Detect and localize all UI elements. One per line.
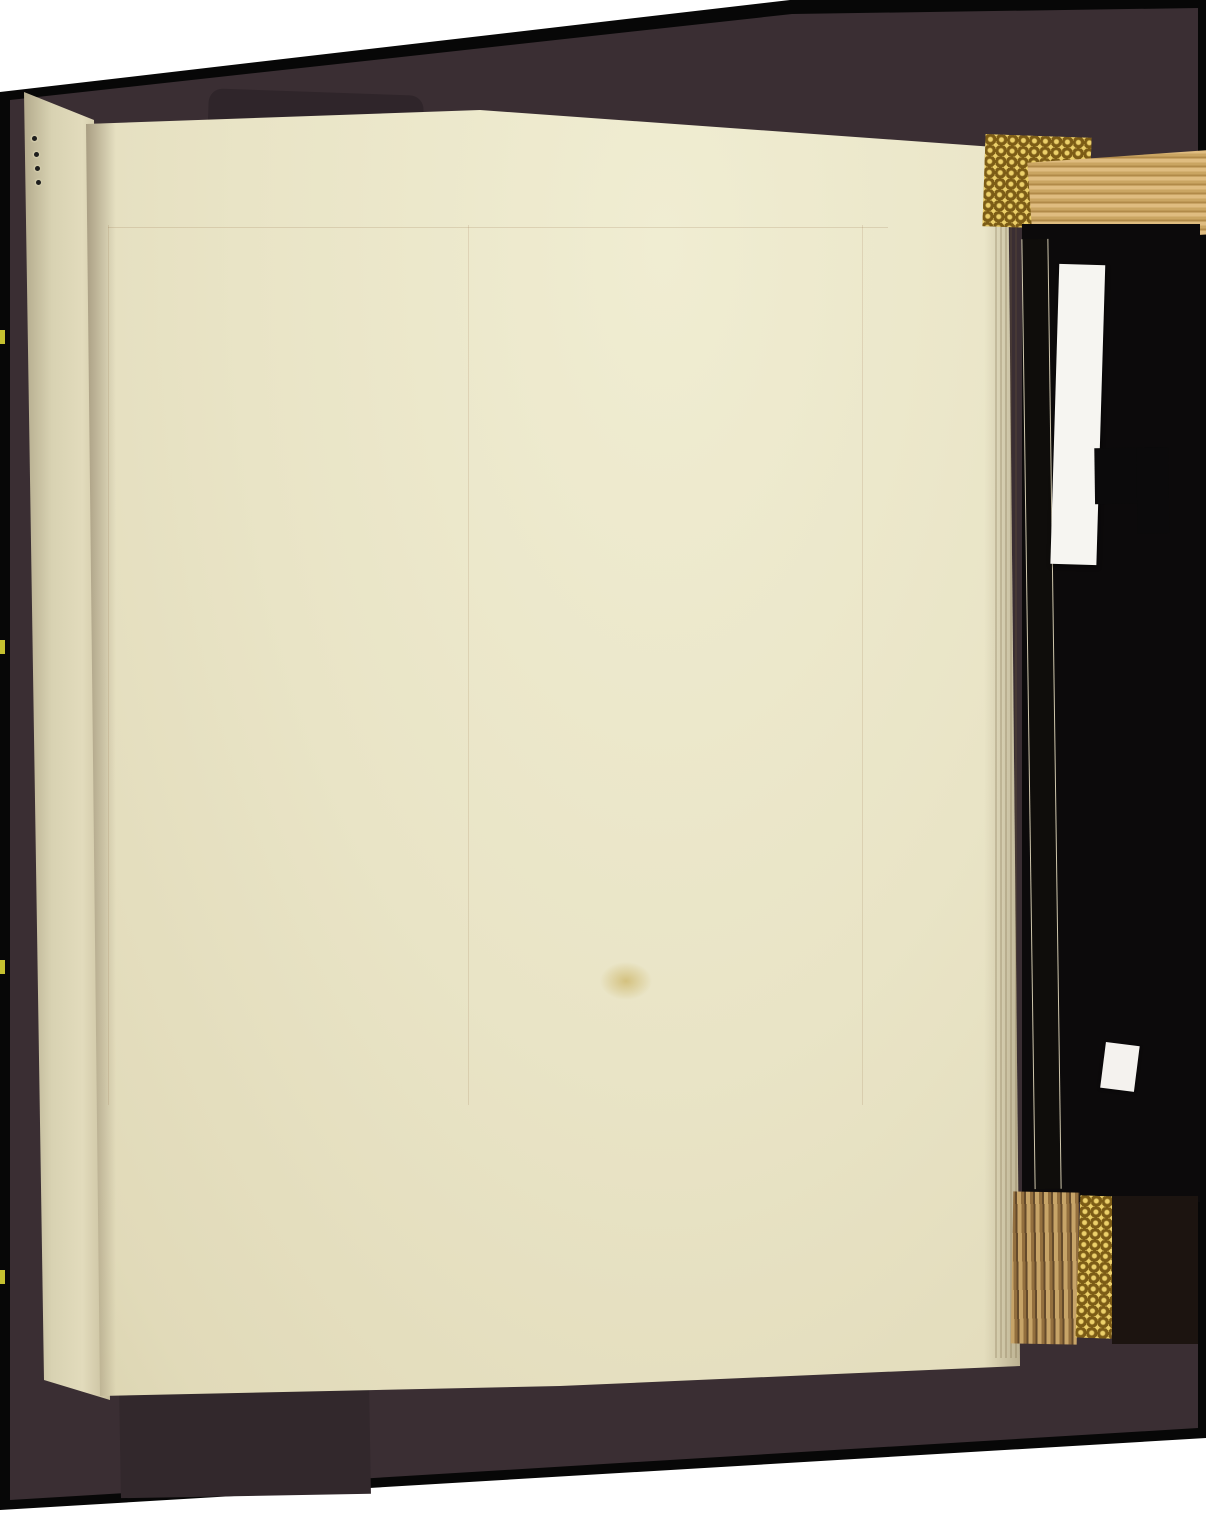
film-edge-mark — [0, 330, 5, 344]
film-edge-mark — [0, 960, 5, 974]
film-edge-mark — [0, 1270, 5, 1284]
shelfmark-label — [1050, 264, 1105, 565]
color-calibration-bar — [1021, 237, 1202, 1191]
ruling-line — [468, 225, 469, 1105]
sewing-hole — [36, 180, 41, 185]
cloth-fold-bottom — [119, 1384, 371, 1498]
folio-tag — [1100, 1042, 1139, 1092]
manuscript-photograph — [0, 0, 1206, 1536]
ruling-line — [862, 225, 863, 1105]
film-edge-mark — [0, 640, 5, 654]
ruling-line — [108, 227, 888, 228]
sewing-hole — [34, 152, 39, 157]
ruling-line — [108, 225, 109, 1105]
page-edges-bottom — [1011, 1191, 1080, 1344]
black-clip — [1136, 447, 1169, 533]
parchment-stain — [600, 962, 652, 1000]
sewing-hole — [32, 136, 37, 141]
binding-shadow-bottom — [1112, 1196, 1198, 1344]
gilded-fore-edge-bottom — [1076, 1195, 1117, 1338]
page-edge-lines — [995, 152, 1017, 1358]
sewing-hole — [35, 166, 40, 171]
